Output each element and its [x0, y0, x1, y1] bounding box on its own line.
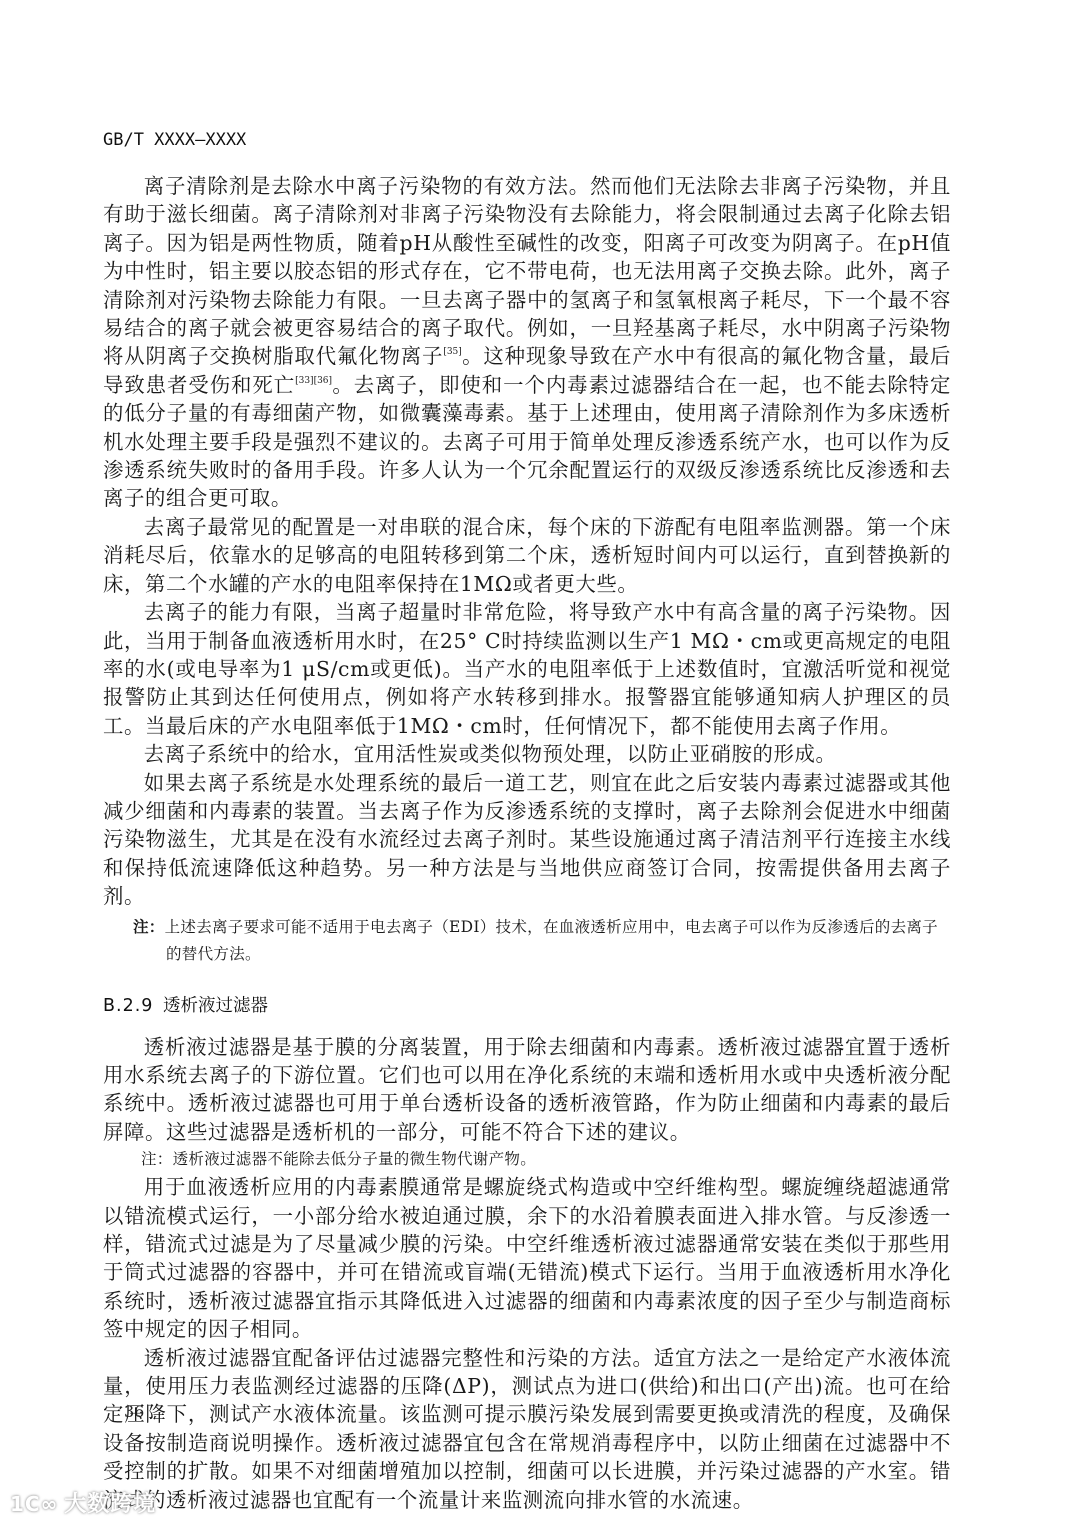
watermark-text: 大数跨境: [64, 1492, 156, 1517]
paragraph-integrity-monitoring: 透析液过滤器宜配备评估过滤器完整性和污染的方法。适宜方法之一是给定产水液体流量，…: [103, 1344, 951, 1514]
section-title: 透析液过滤器: [163, 996, 268, 1016]
section-heading: B.2.9透析液过滤器: [103, 992, 951, 1017]
section-number: B.2.9: [103, 996, 163, 1016]
paragraph-text: 离子清除剂是去除水中离子污染物的有效方法。然而他们无法除去非离子污染物，并且有助…: [103, 174, 951, 368]
paragraph-mixed-bed: 去离子最常见的配置是一对串联的混合床，每个床的下游配有电阻率监测器。第一个床消耗…: [103, 513, 951, 598]
note-label: 注：: [141, 1150, 173, 1168]
citation: [33][36]: [295, 376, 332, 386]
note-edi: 注：上述去离子要求可能不适用于电去离子（EDI）技术，在血液透析应用中，电去离子…: [103, 913, 951, 968]
paragraph-resistivity-monitoring: 去离子的能力有限，当离子超量时非常危险，将导致产水中有高含量的离子污染物。因此，…: [103, 598, 951, 740]
note-text: 透析液过滤器不能除去低分子量的微生物代谢产物。: [173, 1150, 536, 1168]
document-body: 离子清除剂是去除水中离子污染物的有效方法。然而他们无法除去非离子污染物，并且有助…: [103, 172, 951, 1514]
paragraph-endotoxin-filter: 如果去离子系统是水处理系统的最后一道工艺，则宜在此之后安装内毒素过滤器或其他减少…: [103, 769, 951, 911]
watermark: 1C∞大数跨境: [10, 1487, 156, 1518]
standard-code-header: GB/T XXXX—XXXX: [103, 130, 246, 150]
note-label: 注：: [133, 917, 165, 936]
logo-icon: 1C∞: [10, 1492, 58, 1516]
paragraph-dialysate-filter-intro: 透析液过滤器是基于膜的分离装置，用于除去细菌和内毒素。透析液过滤器宜置于透析用水…: [103, 1033, 951, 1147]
citation: [35]: [443, 347, 461, 357]
note-metabolites: 注：透析液过滤器不能除去低分子量的微生物代谢产物。: [103, 1146, 951, 1173]
page-number: 36: [124, 1402, 144, 1421]
paragraph-ion-removal: 离子清除剂是去除水中离子污染物的有效方法。然而他们无法除去非离子污染物，并且有助…: [103, 172, 951, 513]
paragraph-membrane-types: 用于血液透析应用的内毒素膜通常是螺旋绕式构造或中空纤维构型。螺旋缠绕超滤通常以错…: [103, 1173, 951, 1343]
note-text: 上述去离子要求可能不适用于电去离子（EDI）技术，在血液透析应用中，电去离子可以…: [165, 918, 938, 963]
paragraph-pretreatment: 去离子系统中的给水，宜用活性炭或类似物预处理，以防止亚硝胺的形成。: [103, 740, 951, 768]
